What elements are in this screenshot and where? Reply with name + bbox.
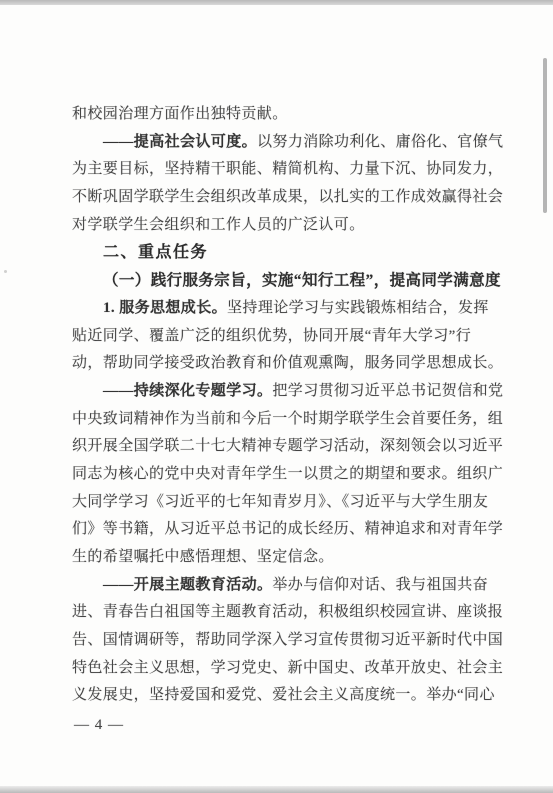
bottom-scan-edge — [0, 786, 553, 793]
line-text: 为主要目标，坚持精干职能、精简机构、力量下沉、协同发力， — [72, 161, 503, 177]
line-text: （一）践行服务宗旨，实施“知行工程”，提高同学满意度 — [103, 272, 501, 289]
section-heading: 二、重点任务 — [72, 239, 492, 267]
line-text: 坚持理论学习与实践锻炼相结合，发挥 — [227, 300, 489, 316]
text-line: 1. 服务思想成长。坚持理论学习与实践锻炼相结合，发挥 — [72, 295, 492, 323]
document-viewer: 和校园治理方面作出独特贡献。——提高社会认可度。以努力消除功利化、庸俗化、官僚气… — [0, 0, 553, 793]
text-line: 大同学学习《习近平的七年知青岁月》、《习近平与大学生朋友 — [72, 489, 492, 517]
line-text: 和校园治理方面作出独特贡献。 — [72, 106, 288, 122]
paragraph-lead: ——提高社会认可度。 — [103, 134, 257, 150]
text-line: ——持续深化专题学习。把学习贯彻习近平总书记贺信和党 — [72, 378, 492, 406]
line-text: 告、国情调研等，帮助同学深入学习宣传贯彻习近平新时代中国 — [72, 632, 503, 648]
text-line: 同志为核心的党中央对青年学生一以贯之的期望和要求。组织广 — [72, 461, 492, 489]
text-line: 进、青春告白祖国等主题教育活动，积极组织校园宣讲、座谈报 — [72, 599, 492, 627]
line-text: 义发展史，坚持爱国和爱党、爱社会主义高度统一。举办“同心 — [72, 687, 495, 703]
document-text: 和校园治理方面作出独特贡献。——提高社会认可度。以努力消除功利化、庸俗化、官僚气… — [72, 101, 492, 710]
page-number: — 4 — — [74, 712, 124, 739]
line-text: 们》等书籍，从习近平总书记的成长经历、精神追求和对青年学 — [72, 521, 503, 537]
scan-artifact-speck — [4, 270, 7, 273]
text-line: 特色社会主义思想，学习党史、新中国史、改革开放史、社会主 — [72, 655, 492, 683]
text-line: 织开展全国学联二十七大精神专题学习活动，深刻领会以习近平 — [72, 433, 492, 461]
paragraph-lead: ——持续深化专题学习。 — [103, 383, 272, 399]
text-line: 们》等书籍，从习近平总书记的成长经历、精神追求和对青年学 — [72, 516, 492, 544]
line-text: 大同学学习《习近平的七年知青岁月》、《习近平与大学生朋友 — [72, 494, 488, 510]
line-text: 对学联学生会组织和工作人员的广泛认可。 — [72, 217, 365, 233]
line-text: 把学习贯彻习近平总书记贺信和党 — [272, 383, 503, 399]
line-text: 以努力消除功利化、庸俗化、官僚气 — [257, 134, 503, 150]
line-text: 织开展全国学联二十七大精神专题学习活动，深刻领会以习近平 — [72, 438, 503, 454]
line-text: 生的希望嘱托中感悟理想、坚定信念。 — [72, 549, 334, 565]
line-text: 不断巩固学联学生会组织改革成果，以扎实的工作成效赢得社会 — [72, 189, 503, 205]
line-text: 特色社会主义思想，学习党史、新中国史、改革开放史、社会主 — [72, 660, 503, 676]
scrollbar-thumb[interactable] — [543, 58, 547, 213]
paragraph-lead: 1. 服务思想成长。 — [103, 300, 227, 316]
line-text: 进、青春告白祖国等主题教育活动，积极组织校园宣讲、座谈报 — [72, 604, 503, 620]
text-line: ——开展主题教育活动。举办与信仰对话、我与祖国共奋 — [72, 572, 492, 600]
line-text: 贴近同学、覆盖广泛的组织优势，协同开展“青年大学习”行 — [72, 328, 471, 344]
paragraph-lead: ——开展主题教育活动。 — [103, 577, 272, 593]
line-text: 同志为核心的党中央对青年学生一以贯之的期望和要求。组织广 — [72, 466, 503, 482]
line-text: 中央致词精神作为当前和今后一个时期学联学生会首要任务，组 — [72, 411, 503, 427]
text-line: 为主要目标，坚持精干职能、精简机构、力量下沉、协同发力， — [72, 156, 492, 184]
text-line: 义发展史，坚持爱国和爱党、爱社会主义高度统一。举办“同心 — [72, 682, 492, 710]
line-text: 二、重点任务 — [103, 244, 208, 261]
text-line: ——提高社会认可度。以努力消除功利化、庸俗化、官僚气 — [72, 129, 492, 157]
text-line: 动，帮助同学接受政治教育和价值观熏陶，服务同学思想成长。 — [72, 350, 492, 378]
text-line: 和校园治理方面作出独特贡献。 — [72, 101, 492, 129]
line-text: 动，帮助同学接受政治教育和价值观熏陶，服务同学思想成长。 — [72, 355, 503, 371]
line-text: 举办与信仰对话、我与祖国共奋 — [272, 577, 488, 593]
text-line: 生的希望嘱托中感悟理想、坚定信念。 — [72, 544, 492, 572]
text-line: 对学联学生会组织和工作人员的广泛认可。 — [72, 212, 492, 240]
text-line: 告、国情调研等，帮助同学深入学习宣传贯彻习近平新时代中国 — [72, 627, 492, 655]
text-line: 不断巩固学联学生会组织改革成果，以扎实的工作成效赢得社会 — [72, 184, 492, 212]
subsection-heading: （一）践行服务宗旨，实施“知行工程”，提高同学满意度 — [72, 267, 492, 295]
text-line: 中央致词精神作为当前和今后一个时期学联学生会首要任务，组 — [72, 406, 492, 434]
top-scan-edge — [0, 0, 553, 5]
text-line: 贴近同学、覆盖广泛的组织优势，协同开展“青年大学习”行 — [72, 323, 492, 351]
